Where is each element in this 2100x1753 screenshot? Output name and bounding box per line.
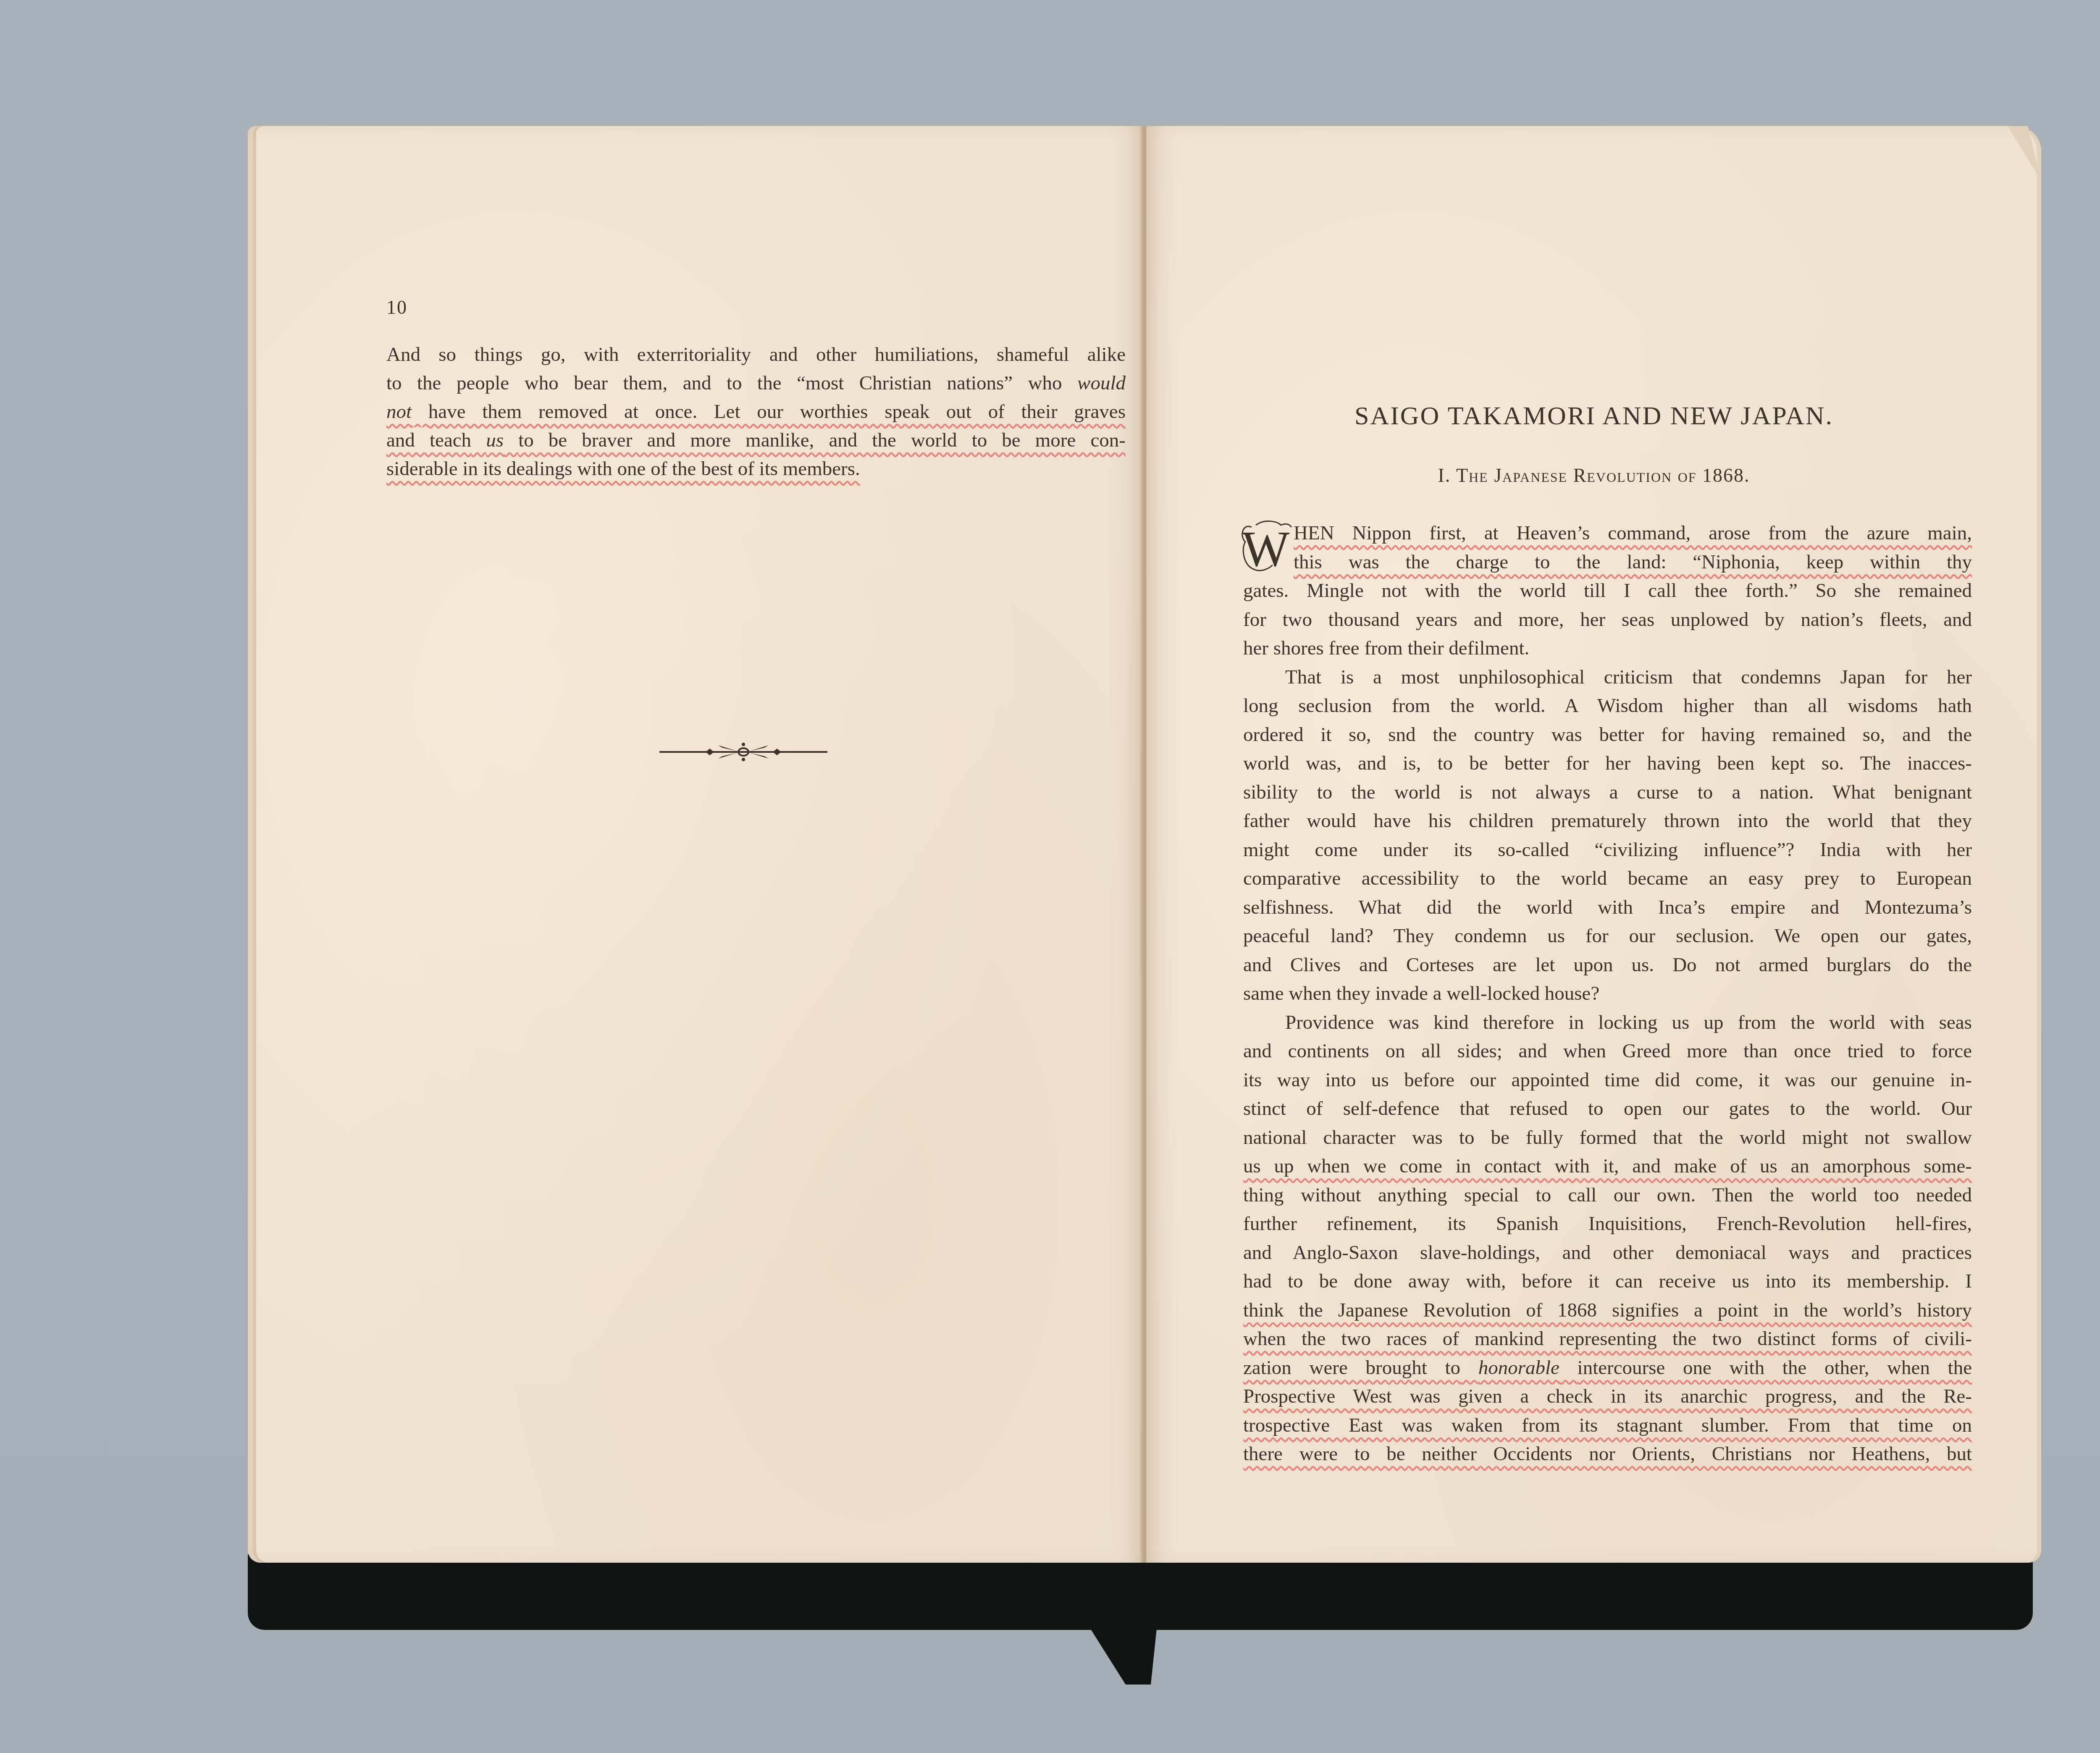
text-line: world was, and is, to be better for her … [1243,749,1972,778]
chapter-title: SAIGO TAKAMORI AND NEW JAPAN. [1147,401,2041,431]
page-number: 10 [386,296,407,318]
text-line: same when they invade a well-locked hous… [1243,979,1972,1008]
text-line: peaceful land? They condemn us for our s… [1243,922,1972,951]
italic-word: would [1077,372,1126,394]
text-line: father would have his children premature… [1243,807,1972,836]
text-line: to the people who bear them, and to the … [386,369,1126,397]
text-line: thing without anything special to call o… [1243,1181,1972,1210]
section-heading: I. The Japanese Revolution of 1868. [1147,464,2041,486]
svg-text:W: W [1242,521,1290,576]
text-line: national character was to be fully forme… [1243,1123,1972,1152]
right-page: SAIGO TAKAMORI AND NEW JAPAN. I. The Jap… [1147,126,2041,1563]
ornate-drop-cap-w-icon: W [1239,519,1293,576]
paragraph-1: W HEN Nippon first, at Heaven’s command,… [1243,519,1972,663]
text-line: and Anglo-Saxon slave-holdings, and othe… [1243,1238,1972,1267]
text-line: siderable in its dealings with one of th… [386,455,1126,483]
paragraph-3: Providence was kind therefore in locking… [1243,1008,1972,1469]
section-divider-ornament-icon [659,739,827,765]
text-line: further refinement, its Spanish Inquisit… [1243,1209,1972,1238]
text-line: think the Japanese Revolution of 1868 si… [1243,1296,1972,1325]
text-line: when the two races of mankind representi… [1243,1325,1972,1354]
text-line: not have them removed at once. Let our w… [386,397,1126,426]
text-line: there were to be neither Occidents nor O… [1243,1440,1972,1469]
text-line: gates. Mingle not with the world till I … [1243,576,1972,605]
text-line: its way into us before our appointed tim… [1243,1066,1972,1095]
text-line: us up when we come in contact with it, a… [1243,1152,1972,1181]
text-line: might come under its so-called “civilizi… [1243,836,1972,865]
text-line: comparative accessibility to the world b… [1243,864,1972,893]
text-line: and continents on all sides; and when Gr… [1243,1037,1972,1066]
italic-word: not [386,401,412,423]
italic-word: us [486,429,504,451]
text-line: trospective East was waken from its stag… [1243,1411,1972,1440]
text-line: this was the charge to the land: “Niphon… [1243,548,1972,577]
text-line: And so things go, with exterritoriality … [386,340,1126,369]
text-line: her shores free from their defilment. [1243,634,1972,663]
italic-word: honorable [1478,1357,1559,1379]
text-line: Providence was kind therefore in locking… [1243,1008,1972,1037]
right-page-body: W HEN Nippon first, at Heaven’s command,… [1243,519,1972,1469]
left-page-paragraph: And so things go, with exterritoriality … [386,340,1126,483]
text-line: and teach us to be braver and more manli… [386,426,1126,455]
open-book: 10 And so things go, with exterritoriali… [248,126,2041,1563]
left-page: 10 And so things go, with exterritoriali… [248,126,1142,1563]
text-line: for two thousand years and more, her sea… [1243,605,1972,634]
text-line: had to be done away with, before it can … [1243,1267,1972,1296]
text-line: That is a most unphilosophical criticism… [1243,663,1972,692]
text-line: ordered it so, snd the country was bette… [1243,720,1972,749]
text-line: Prospective West was given a check in it… [1243,1382,1972,1411]
folded-corner [2008,126,2041,181]
text-line: sibility to the world is not always a cu… [1243,778,1972,807]
text-line: stinct of self-defence that refused to o… [1243,1094,1972,1123]
text-line: long seclusion from the world. A Wisdom … [1243,691,1972,720]
text-line: zation were brought to honorable interco… [1243,1354,1972,1382]
paragraph-2: That is a most unphilosophical criticism… [1243,663,1972,1008]
text-line: HEN Nippon first, at Heaven’s command, a… [1243,519,1972,548]
text-line: selfishness. What did the world with Inc… [1243,893,1972,922]
text-line: and Clives and Corteses are let upon us.… [1243,951,1972,980]
